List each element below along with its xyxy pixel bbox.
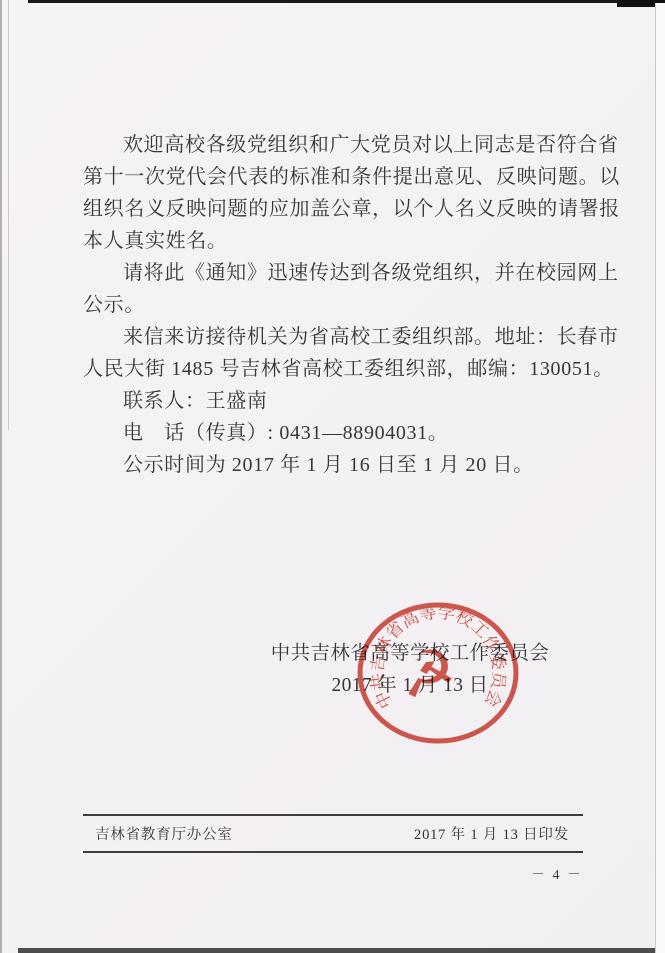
page-number: － 4 － — [83, 864, 583, 884]
footer-print-date: 2017 年 1 月 13 日印发 — [414, 823, 569, 844]
hammer-sickle-icon: ☭ — [396, 634, 461, 714]
body-line: 电 话（传真）: 0431—88904031。 — [83, 417, 623, 449]
body-line: 第十一次党代会代表的标准和条件提出意见、反映问题。以 — [83, 161, 623, 193]
body-line: 联系人：王盛南 — [83, 385, 623, 417]
scan-edge-left — [0, 0, 2, 953]
body-line: 欢迎高校各级党组织和广大党员对以上同志是否符合省 — [83, 129, 623, 161]
official-seal: 中共吉林省高等学校工作委员会 ☭ — [350, 600, 526, 750]
body-line: 组织名义反映问题的应加盖公章，以个人名义反映的请署报 — [83, 193, 623, 225]
footer-rule-bottom — [83, 851, 583, 853]
scan-edge-bottom — [18, 948, 665, 953]
scan-edge-right-strip — [656, 3, 665, 953]
body-line: 人民大街 1485 号吉林省高校工委组织部，邮编：130051。 — [83, 353, 623, 385]
scan-page-crease — [8, 0, 9, 430]
document-footer: 吉林省教育厅办公室 2017 年 1 月 13 日印发 — [83, 814, 583, 853]
document-body: 欢迎高校各级党组织和广大党员对以上同志是否符合省 第十一次党代会代表的标准和条件… — [83, 129, 623, 481]
scanned-document-page: 欢迎高校各级党组织和广大党员对以上同志是否符合省 第十一次党代会代表的标准和条件… — [0, 0, 665, 953]
footer-issuing-office: 吉林省教育厅办公室 — [95, 823, 233, 844]
body-line: 本人真实姓名。 — [83, 225, 623, 257]
body-line: 来信来访接待机关为省高校工委组织部。地址：长春市 — [83, 321, 623, 353]
body-line: 公示。 — [83, 289, 623, 321]
body-line: 请将此《通知》迅速传达到各级党组织，并在校园网上 — [83, 257, 623, 289]
body-line: 公示时间为 2017 年 1 月 16 日至 1 月 20 日。 — [83, 449, 623, 481]
scan-edge-right-line — [655, 3, 656, 953]
scan-edge-top — [28, 0, 665, 3]
